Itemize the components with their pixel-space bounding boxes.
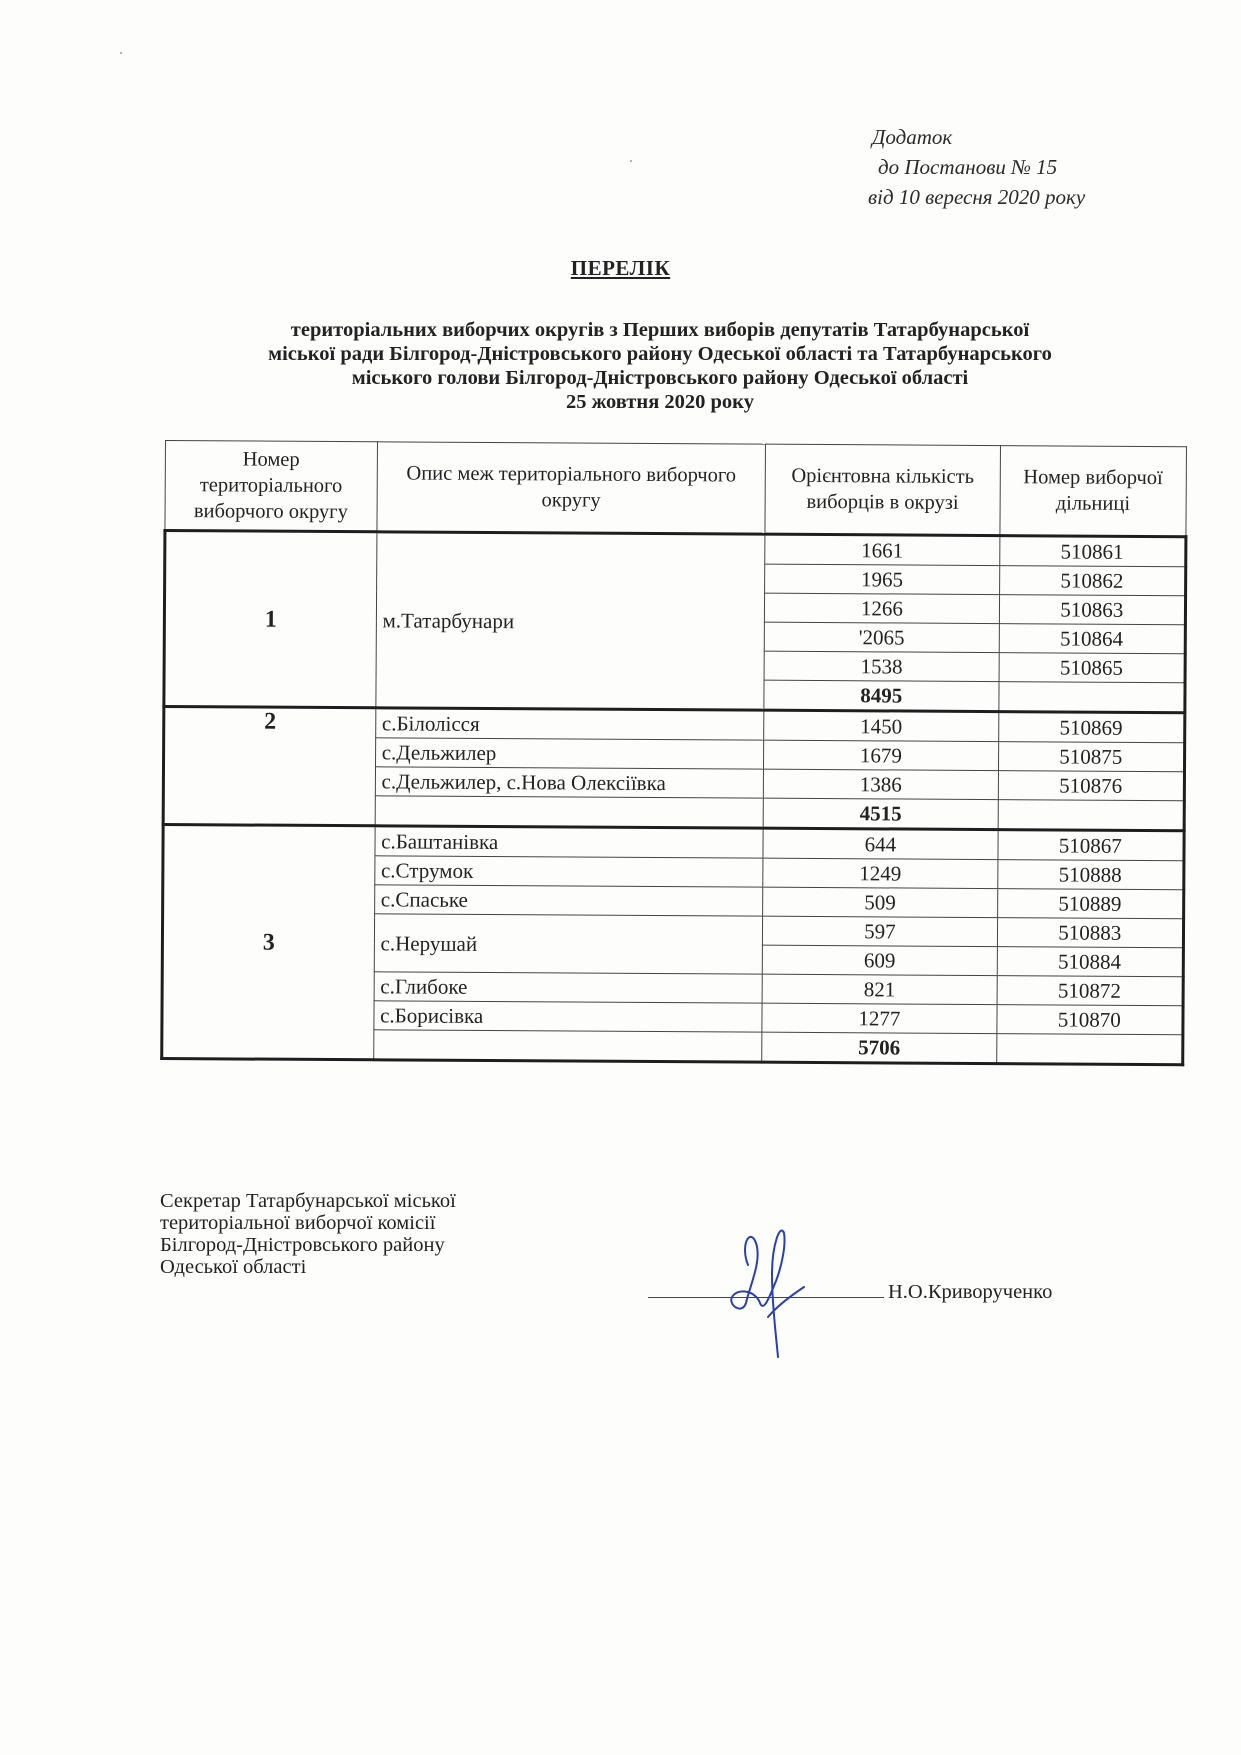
station-number: 510888: [997, 860, 1184, 890]
voter-count: 1965: [765, 564, 999, 594]
district-number: 1: [164, 531, 377, 708]
station-number: 510861: [999, 536, 1186, 567]
voter-count: 1386: [764, 769, 998, 799]
district-description: с.Дельжилер: [375, 738, 764, 769]
station-number: 510870: [996, 1005, 1183, 1035]
empty-cell: [998, 682, 1185, 713]
subtitle-line-4: 25 жовтня 2020 року: [170, 390, 1150, 414]
subtitle-line-3: міського голови Білгород-Дністровського …: [170, 366, 1150, 390]
table-header: Номер територіального виборчого округу О…: [165, 441, 1187, 537]
scan-speck: [120, 52, 122, 54]
voter-count: 509: [763, 887, 997, 917]
header-district-number: Номер територіального виборчого округу: [165, 441, 377, 532]
station-number: 510867: [997, 830, 1184, 861]
district-description: с.Нерушай: [374, 914, 763, 974]
voter-count: 609: [763, 945, 997, 975]
signatory-line-2: територіальної виборчої комісії: [160, 1212, 456, 1234]
signatory-title: Секретар Татарбунарської міської територ…: [160, 1190, 456, 1278]
district-description: с.Баштанівка: [375, 826, 764, 858]
district-group-2: 2с.Білолісся1450510869с.Дельжилер1679510…: [163, 707, 1185, 831]
header-station-number: Номер виборчої дільниці: [999, 446, 1186, 537]
district-description: с.Глибоке: [374, 972, 763, 1003]
empty-cell: [373, 1030, 762, 1062]
voter-count: 644: [763, 828, 997, 859]
district-description: с.Струмок: [374, 856, 763, 887]
handwritten-signature-icon: [720, 1225, 830, 1365]
station-number: 510889: [997, 889, 1184, 919]
district-number: 2: [163, 707, 375, 826]
districts-table: Номер територіального виборчого округу О…: [160, 440, 1188, 1066]
voter-count: 1538: [764, 651, 998, 681]
scan-speck: [630, 160, 632, 162]
document-title: ПЕРЕЛІК: [0, 256, 1241, 281]
voter-count: 1266: [765, 593, 999, 623]
district-description: с.Дельжилер, с.Нова Олексіївка: [375, 767, 764, 798]
voter-count: '2065: [764, 622, 998, 652]
station-number: 510883: [997, 918, 1184, 948]
district-total-voters: 4515: [763, 798, 997, 829]
signatory-line-1: Секретар Татарбунарської міської: [160, 1190, 456, 1212]
station-number: 510865: [999, 653, 1186, 683]
district-description: м.Татарбунари: [376, 532, 766, 710]
signer-name: Н.О.Криворученко: [888, 1281, 1052, 1304]
subtitle-line-1: територіальних виборчих округів з Перших…: [170, 318, 1150, 342]
voter-count: 1249: [763, 858, 997, 888]
table-row: 3с.Баштанівка644510867: [163, 825, 1184, 861]
voter-count: 1450: [764, 710, 998, 741]
voter-count: 1277: [762, 1003, 996, 1033]
station-number: 510864: [999, 624, 1186, 654]
voter-count: 821: [762, 974, 996, 1004]
annex-note: Додаток до Постанови № 15 від 10 вересня…: [872, 122, 1085, 212]
district-description: с.Борисівка: [374, 1001, 763, 1032]
voter-count: 597: [763, 916, 997, 946]
station-number: 510872: [997, 976, 1184, 1006]
district-description: с.Білолісся: [375, 708, 764, 740]
district-group-1: 1м.Татарбунари16615108611965510862126651…: [164, 531, 1186, 713]
district-description: с.Спаське: [374, 885, 763, 916]
header-description: Опис меж територіального виборчого округ…: [377, 442, 766, 534]
station-number: 510863: [999, 595, 1186, 625]
empty-cell: [998, 800, 1185, 831]
subtitle-line-2: міської ради Білгород-Дністровського рай…: [170, 342, 1150, 366]
document-subtitle: територіальних виборчих округів з Перших…: [170, 318, 1150, 414]
annex-line-3: від 10 вересня 2020 року: [868, 182, 1085, 212]
district-number: 3: [162, 825, 375, 1060]
district-total-voters: 5706: [762, 1032, 996, 1063]
annex-line-2: до Постанови № 15: [872, 152, 1085, 182]
station-number: 510884: [997, 947, 1184, 977]
empty-cell: [375, 796, 764, 828]
signatory-line-4: Одеської області: [160, 1256, 456, 1278]
signatory-line-3: Білгород-Дністровського району: [160, 1234, 456, 1256]
empty-cell: [996, 1034, 1183, 1065]
station-number: 510862: [999, 566, 1186, 596]
voter-count: 1661: [765, 534, 999, 565]
header-voter-count: Орієнтовна кількість виборців в окрузі: [765, 444, 1000, 535]
voter-count: 1679: [764, 740, 998, 770]
district-total-voters: 8495: [764, 680, 998, 711]
station-number: 510875: [998, 742, 1185, 772]
station-number: 510876: [998, 771, 1185, 801]
district-group-3: 3с.Баштанівка644510867с.Струмок124951088…: [162, 825, 1184, 1065]
table-row: 2с.Білолісся1450510869: [164, 707, 1185, 743]
table-row: 1м.Татарбунари1661510861: [165, 531, 1186, 567]
annex-line-1: Додаток: [872, 122, 1085, 152]
station-number: 510869: [998, 712, 1185, 743]
